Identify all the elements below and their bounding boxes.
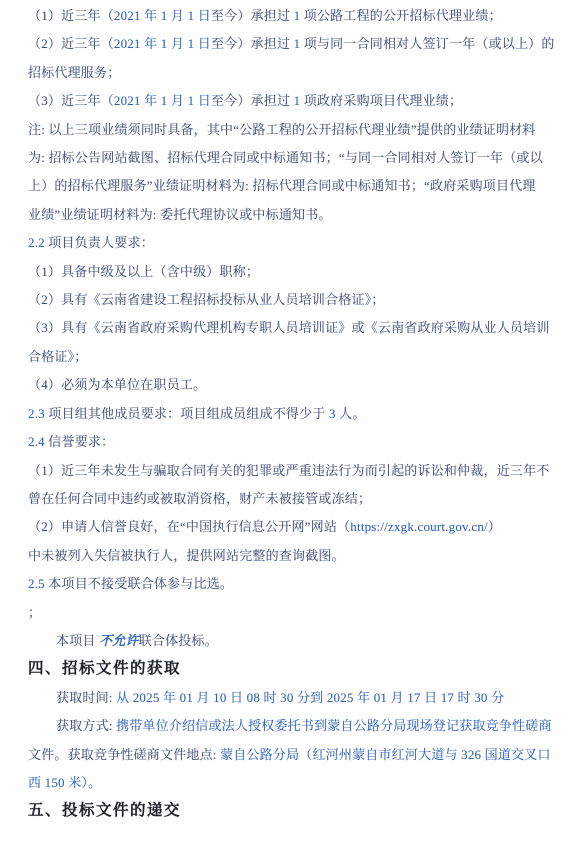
- text-run: （4）必须为本单位在职员工。: [28, 377, 206, 392]
- section-heading: 五、投标文件的递交: [28, 797, 549, 825]
- text-run: 获取时间:: [56, 690, 116, 705]
- text-run: 2021 年 1 月 1 日: [114, 93, 211, 108]
- text-line: （1）近三年（2021 年 1 月 1 日至今）承担过 1 项公路工程的公开招标…: [28, 2, 549, 30]
- text-line: 招标代理服务；: [28, 59, 549, 87]
- text-run: （3）近三年（: [28, 93, 114, 108]
- text-line: （3）近三年（2021 年 1 月 1 日至今）承担过 1 项政府采购项目代理业…: [28, 87, 549, 115]
- text-run: 至今）承担过: [211, 36, 294, 51]
- text-line: 本项目 不允许联合体投标。: [28, 627, 549, 655]
- text-run: 项目负责人要求：: [45, 235, 154, 250]
- text-run: 2021 年 1 月 1 日: [114, 8, 211, 23]
- text-run: （1）近三年未发生与骗取合同有关的犯罪或严重违法行为而引起的诉讼和仲裁，近三年不: [28, 463, 550, 478]
- text-run: 注: 以上三项业绩须同时具备，其中“公路工程的公开招标代理业绩”提供的业绩证明材…: [28, 122, 536, 137]
- text-run: 四、招标文件的获取: [28, 660, 181, 677]
- text-line: 合格证》；: [28, 343, 549, 371]
- text-run: （1）具备中级及以上（含中级）职称；: [28, 264, 259, 279]
- text-run: 项目组其他成员要求：项目组成员组成不得少于: [45, 406, 329, 421]
- text-run: 2.4: [28, 434, 45, 449]
- text-line: （2）具有《云南省建设工程招标投标从业人员培训合格证》；: [28, 286, 549, 314]
- section-heading: 四、招标文件的获取: [28, 655, 549, 683]
- text-run: 不允许: [99, 633, 139, 648]
- text-line: （2）近三年（2021 年 1 月 1 日至今）承担过 1 项与同一合同相对人签…: [28, 30, 549, 58]
- text-run: 本项目不接受联合体参与比选。: [45, 576, 233, 591]
- text-run: 2.5: [28, 576, 45, 591]
- text-run: 人。: [336, 406, 366, 421]
- text-line: （1）具备中级及以上（含中级）职称；: [28, 258, 549, 286]
- text-line: ；: [28, 599, 549, 627]
- text-run: ）: [488, 519, 501, 534]
- text-line: （4）必须为本单位在职员工。: [28, 371, 549, 399]
- text-line: 注: 以上三项业绩须同时具备，其中“公路工程的公开招标代理业绩”提供的业绩证明材…: [28, 116, 549, 144]
- text-run: 招标代理服务；: [28, 65, 120, 80]
- text-run: 2.3: [28, 406, 45, 421]
- text-line: 2.5 本项目不接受联合体参与比选。: [28, 570, 549, 598]
- text-run: （2）申请人信誉良好，在“中国执行信息公开网”网站（: [28, 519, 350, 534]
- document-text-block: （1）近三年（2021 年 1 月 1 日至今）承担过 1 项公路工程的公开招标…: [28, 2, 549, 826]
- text-line: （2）申请人信誉良好，在“中国执行信息公开网”网站（https://zxgk.c…: [28, 513, 549, 541]
- text-run: 至今）承担过: [211, 93, 294, 108]
- text-line: 2.4 信誉要求：: [28, 428, 549, 456]
- text-run: 项与同一合同相对人签订一年（或以上）的: [300, 36, 554, 51]
- text-line: 中未被列入失信被执行人，提供网站完整的查询截图。: [28, 542, 549, 570]
- text-line: 为: 招标公告网站截图、招标代理合同或中标通知书；“与同一合同相对人签订一年（或…: [28, 144, 549, 172]
- text-run: 信誉要求：: [45, 434, 114, 449]
- text-run: 获取方式:: [56, 718, 116, 733]
- text-run: （3）具有《云南省政府采购代理机构专职人员培训证》或《云南省政府采购从业人员培训: [28, 320, 550, 335]
- text-run: 曾在任何合同中违约或被取消资格，财产未被接管或冻结；: [28, 491, 371, 506]
- text-run: 2.2: [28, 235, 45, 250]
- text-run: ；: [28, 605, 41, 620]
- text-run: 合格证》；: [28, 349, 88, 364]
- text-run: 中未被列入失信被执行人，提供网站完整的查询截图。: [28, 548, 345, 563]
- text-run: 至今）承担过: [211, 8, 294, 23]
- text-run: 西 150 米）。: [28, 775, 101, 790]
- text-run: https://zxgk.court.gov.cn/: [350, 519, 488, 534]
- text-run: 为: 招标公告网站截图、招标代理合同或中标通知书；“与同一合同相对人签订一年（或…: [28, 150, 543, 165]
- text-run: 联合体投标。: [139, 633, 218, 648]
- text-line: （1）近三年未发生与骗取合同有关的犯罪或严重违法行为而引起的诉讼和仲裁，近三年不: [28, 457, 549, 485]
- text-line: 2.2 项目负责人要求：: [28, 229, 549, 257]
- text-run: 上）的招标代理服务”业绩证明材料为: 招标代理合同或中标通知书；“政府采购项目代…: [28, 178, 536, 193]
- text-run: 文件。获取竞争性磋商文件地点:: [28, 747, 220, 762]
- text-run: （1）近三年（: [28, 8, 114, 23]
- text-run: 携带单位介绍信或法人授权委托书到蒙自公路分局现场登记获取竞争性磋商: [116, 718, 552, 733]
- text-run: 从 2025 年 01 月 10 日 08 时 30 分到 2025 年 01 …: [116, 690, 504, 705]
- text-line: 西 150 米）。: [28, 769, 549, 797]
- text-run: 项政府采购项目代理业绩；: [300, 93, 462, 108]
- text-line: 上）的招标代理服务”业绩证明材料为: 招标代理合同或中标通知书；“政府采购项目代…: [28, 172, 549, 200]
- text-line: 2.3 项目组其他成员要求：项目组成员组成不得少于 3 人。: [28, 400, 549, 428]
- text-run: 蒙自公路分局（红河州蒙自市红河大道与 326 国道交叉口: [220, 747, 551, 762]
- text-line: 文件。获取竞争性磋商文件地点: 蒙自公路分局（红河州蒙自市红河大道与 326 国…: [28, 741, 549, 769]
- text-run: 3: [329, 406, 336, 421]
- text-line: （3）具有《云南省政府采购代理机构专职人员培训证》或《云南省政府采购从业人员培训: [28, 314, 549, 342]
- text-run: 五、投标文件的递交: [28, 802, 181, 819]
- document-page: （1）近三年（2021 年 1 月 1 日至今）承担过 1 项公路工程的公开招标…: [0, 0, 569, 850]
- text-run: 本项目: [56, 633, 99, 648]
- text-line: 获取方式: 携带单位介绍信或法人授权委托书到蒙自公路分局现场登记获取竞争性磋商: [28, 712, 549, 740]
- text-run: 业绩”业绩证明材料为: 委托代理协议或中标通知书。: [28, 207, 332, 222]
- text-run: （2）近三年（: [28, 36, 114, 51]
- text-line: 曾在任何合同中违约或被取消资格，财产未被接管或冻结；: [28, 485, 549, 513]
- text-run: （2）具有《云南省建设工程招标投标从业人员培训合格证》；: [28, 292, 385, 307]
- text-line: 获取时间: 从 2025 年 01 月 10 日 08 时 30 分到 2025…: [28, 684, 549, 712]
- text-run: 项公路工程的公开招标代理业绩；: [300, 8, 501, 23]
- text-run: 2021 年 1 月 1 日: [114, 36, 211, 51]
- text-line: 业绩”业绩证明材料为: 委托代理协议或中标通知书。: [28, 201, 549, 229]
